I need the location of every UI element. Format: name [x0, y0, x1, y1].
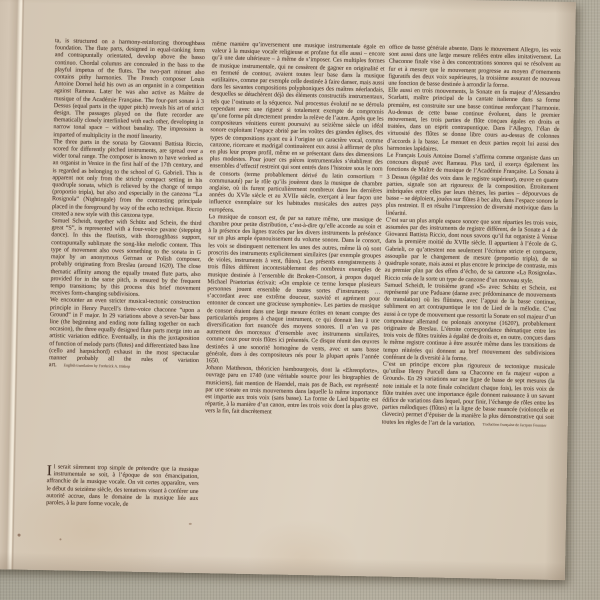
english-paragraph-text: We encounter an even stricter musical-te…: [49, 297, 200, 368]
french-paragraph: C’est un principe encore plus rigoureux …: [382, 361, 555, 429]
english-notes-column: ta, is structured on a harmony-reinforci…: [48, 38, 205, 421]
french-paragraph: Johann Mattheson, théoricien hambourgeoi…: [205, 365, 379, 419]
french-paragraph: Le Français Louis Antoine Dornel s’affir…: [386, 153, 559, 221]
english-paragraph: The three parts in the sonata by Giovann…: [52, 139, 203, 221]
english-paragraph: ta, is structured on a harmony-reinforci…: [53, 38, 205, 142]
french-notes-column-2: office de basse générale absente. Dans l…: [380, 45, 561, 534]
paper-speck: [59, 538, 61, 540]
french-paragraph: Elle aussi en trois mouvements, la Sonat…: [387, 88, 560, 156]
french-paragraph: Samuel Scheidt, le troisième grand «S» a…: [383, 282, 556, 365]
french-paragraph: office de basse générale absente. Dans l…: [388, 45, 561, 92]
photo-backdrop-fabric: ta, is structured on a harmony-reinforci…: [0, 0, 600, 600]
album-back-cover: ta, is structured on a harmony-reinforci…: [0, 0, 576, 580]
spine-fold-crease: [0, 0, 25, 569]
french-paragraph: même manière qu’inversement une musique …: [209, 41, 385, 217]
french-translation-credit: Traduction française de Jacques Fournier: [475, 422, 546, 427]
english-translation-credit: English translation by Frederick A. Bish…: [57, 363, 131, 368]
english-paragraph: Samuel Scheidt, together with Schütz and…: [50, 218, 201, 300]
french-paragraph: La musique de consort est, de par sa nat…: [206, 214, 382, 369]
french-paragraph-text: C’est un principe encore plus rigoureux …: [382, 361, 555, 426]
french-notes-column-1: même manière qu’inversement une musique …: [203, 41, 385, 530]
paper-speck: [18, 534, 21, 537]
french-intro-text: l serait sûrement trop simple de prétend…: [46, 464, 199, 507]
french-paragraph: C’est sur un plus ample espace sonore qu…: [384, 217, 557, 285]
french-intro-paragraph: Il serait sûrement trop simple de préten…: [46, 464, 199, 529]
english-paragraph: We encounter an even stricter musical-te…: [49, 297, 200, 372]
